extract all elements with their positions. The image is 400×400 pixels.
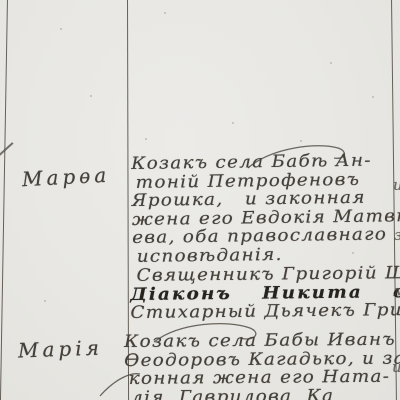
paper-speck bbox=[330, 62, 332, 64]
handwritten-line-clipped: лія Гаврилова Ка bbox=[124, 386, 400, 400]
margin-fragment: и bbox=[392, 358, 400, 376]
paper-speck bbox=[145, 138, 147, 140]
entry2-parents-text: Козакъ села Бабы Иванъ Ѳеодоровъ Кагадьк… bbox=[124, 330, 400, 400]
paper-speck bbox=[60, 28, 62, 30]
margin-tick-mark bbox=[0, 142, 13, 155]
margin-fragment: и bbox=[393, 176, 400, 194]
entry1-parents-text: Козакъ села Бабѣ Ан- тоній Петрофеновъ Я… bbox=[131, 151, 400, 267]
sexton-line: Стихарный Дьячекъ Григорій bbox=[130, 301, 400, 323]
margin-fragment: з bbox=[394, 226, 400, 244]
child-name-marfa: Марѳа bbox=[21, 163, 110, 192]
register-page-scan: Марѳа Марія Козакъ села Бабѣ Ан- тоній П… bbox=[0, 0, 400, 400]
handwritten-line: конная жена его Ната- bbox=[124, 368, 400, 389]
entry1-clergy-text: Священникъ Григорій Ша Діаконъ Никита ор… bbox=[130, 264, 400, 323]
paper-speck bbox=[90, 95, 92, 97]
paper-speck bbox=[372, 96, 374, 98]
margin-fragment: м bbox=[393, 282, 400, 300]
paper-speck bbox=[232, 122, 234, 124]
child-name-maria: Марія bbox=[18, 336, 104, 363]
column-rule-left bbox=[0, 0, 8, 400]
paper-speck bbox=[164, 12, 166, 14]
paper-speck bbox=[44, 300, 46, 302]
